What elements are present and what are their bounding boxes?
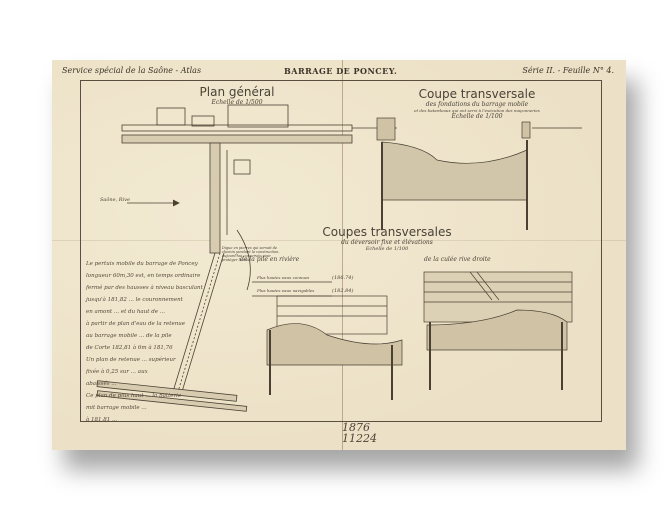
note-line: Le pertuis mobile du barrage de Poncey (86, 258, 216, 270)
drawing-sheet: Service spécial de la Saône - Atlas BARR… (52, 60, 626, 450)
note-line: en amont ... et du haut de ... (86, 306, 216, 318)
note-line: jusqu'à 181,82 ... le couronnement (86, 294, 216, 306)
note-line: longueur 60m,30 est, en temps ordinaire (86, 270, 216, 282)
note-line: Un plan de retenue ... supérieur (86, 354, 216, 366)
note-line: au barrage mobile ... de la pile (86, 330, 216, 342)
note-line: abaissés ... (86, 378, 216, 390)
note-line: à 181,81 ... (86, 414, 216, 426)
note-line: à partir de plan d'eau de la retenue (86, 318, 216, 330)
handwritten-note: Le pertuis mobile du barrage de Poncey l… (86, 258, 216, 426)
archive-line-2: 11224 (342, 433, 377, 444)
note-line: de Corte 182,81 à 6m à 181,76 (86, 342, 216, 354)
archive-number: 1876 11224 (342, 422, 377, 444)
note-line: mit barrage mobile ... (86, 402, 216, 414)
note-line: fermé par des hausses à niveau basculant (86, 282, 216, 294)
note-line: fixée à 0,25 sur ... aux (86, 366, 216, 378)
note-line: Ce plan de plus haut ... la batterie (86, 390, 216, 402)
